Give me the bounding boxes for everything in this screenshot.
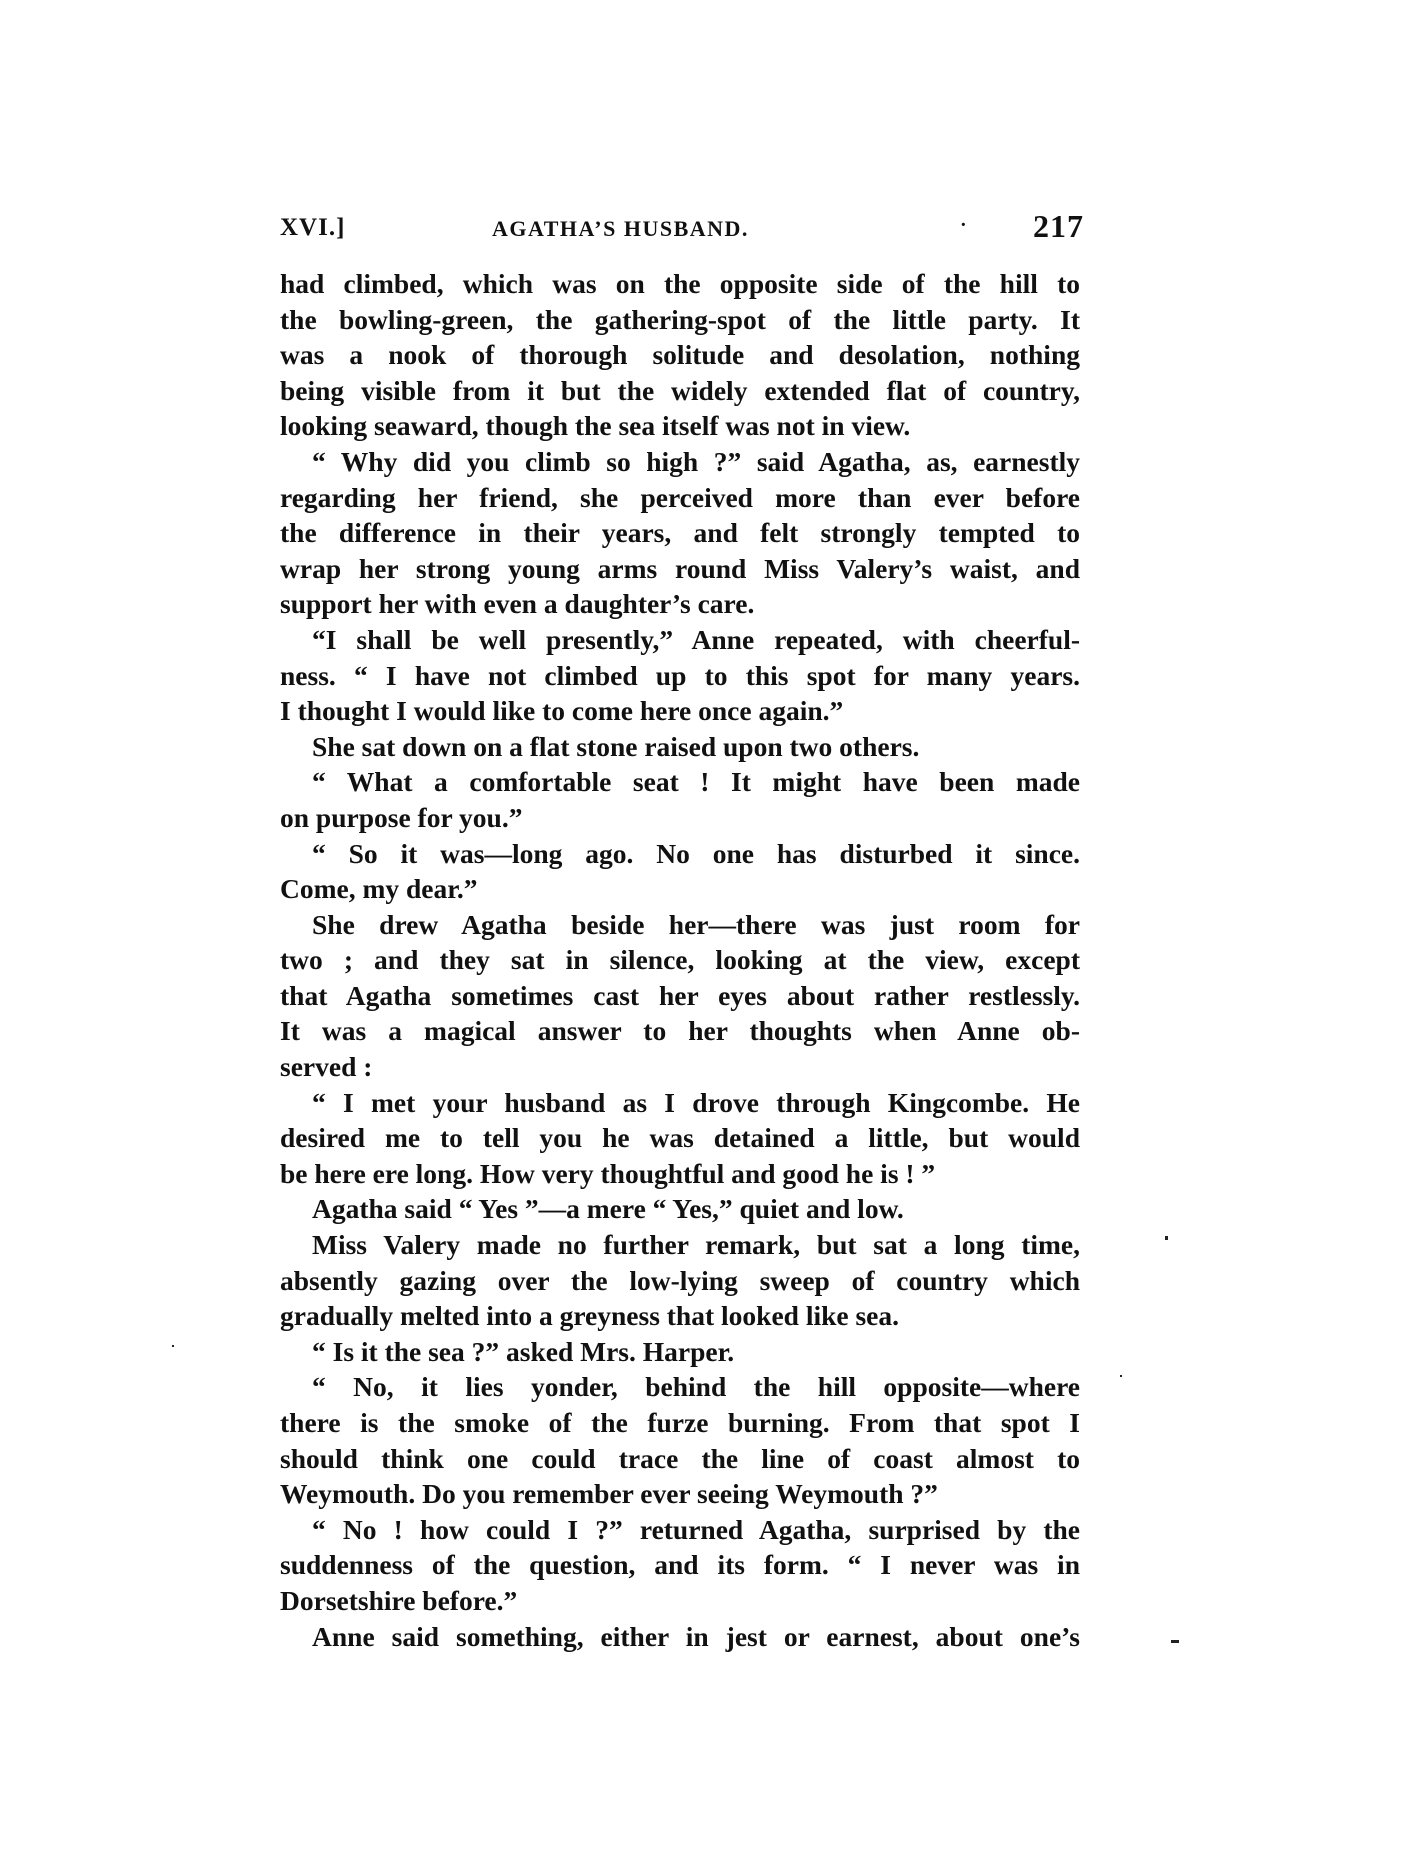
text-line: had climbed, which was on the opposite s… [280, 266, 1080, 302]
text-line: Agatha said “ Yes ”—a mere “ Yes,” quiet… [280, 1191, 1080, 1227]
text-line: there is the smoke of the furze burning.… [280, 1405, 1080, 1441]
running-title: AGATHA’S HUSBAND. [492, 216, 749, 242]
book-page: XVI.] AGATHA’S HUSBAND. · 217 had climbe… [280, 208, 1080, 1654]
text-line: It was a magical answer to her thoughts … [280, 1013, 1080, 1049]
text-line: “ No, it lies yonder, behind the hill op… [280, 1369, 1080, 1405]
text-line: support her with even a daughter’s care. [280, 586, 1080, 622]
body-text: had climbed, which was on the opposite s… [280, 266, 1080, 1654]
text-line: looking seaward, though the sea itself w… [280, 408, 1080, 444]
text-line: wrap her strong young arms round Miss Va… [280, 551, 1080, 587]
text-line: Miss Valery made no further remark, but … [280, 1227, 1080, 1263]
page-number: 217 [1033, 208, 1084, 245]
text-line: She sat down on a flat stone raised upon… [280, 729, 1080, 765]
text-line: desired me to tell you he was detained a… [280, 1120, 1080, 1156]
running-head: XVI.] AGATHA’S HUSBAND. · 217 [280, 208, 1080, 252]
text-line: suddenness of the question, and its form… [280, 1547, 1080, 1583]
text-line: two ; and they sat in silence, looking a… [280, 942, 1080, 978]
scan-speck [172, 1345, 174, 1347]
text-line: that Agatha sometimes cast her eyes abou… [280, 978, 1080, 1014]
text-line: Come, my dear.” [280, 871, 1080, 907]
text-line: “ I met your husband as I drove through … [280, 1085, 1080, 1121]
text-line: Weymouth. Do you remember ever seeing We… [280, 1476, 1080, 1512]
text-line: “ No ! how could I ?” returned Agatha, s… [280, 1512, 1080, 1548]
text-line: “ So it was—long ago. No one has disturb… [280, 836, 1080, 872]
text-line: Dorsetshire before.” [280, 1583, 1080, 1619]
text-line: on purpose for you.” [280, 800, 1080, 836]
text-line: I thought I would like to come here once… [280, 693, 1080, 729]
text-line: “ Is it the sea ?” asked Mrs. Harper. [280, 1334, 1080, 1370]
text-line: absently gazing over the low-lying sweep… [280, 1263, 1080, 1299]
text-line: served : [280, 1049, 1080, 1085]
text-line: ness. “ I have not climbed up to this sp… [280, 658, 1080, 694]
chapter-number: XVI.] [280, 214, 345, 242]
text-line: was a nook of thorough solitude and deso… [280, 337, 1080, 373]
text-line: should think one could trace the line of… [280, 1441, 1080, 1477]
text-line: the bowling-green, the gathering-spot of… [280, 302, 1080, 338]
scan-speck [1171, 1640, 1179, 1643]
text-line: the difference in their years, and felt … [280, 515, 1080, 551]
text-line: Anne said something, either in jest or e… [280, 1619, 1080, 1655]
scan-speck [1120, 1375, 1122, 1377]
text-line: She drew Agatha beside her—there was jus… [280, 907, 1080, 943]
text-line: “ Why did you climb so high ?” said Agat… [280, 444, 1080, 480]
text-line: “I shall be well presently,” Anne repeat… [280, 622, 1080, 658]
text-line: “ What a comfortable seat ! It might hav… [280, 764, 1080, 800]
text-line: being visible from it but the widely ext… [280, 373, 1080, 409]
scan-speck [1165, 1236, 1168, 1240]
text-line: be here ere long. How very thoughtful an… [280, 1156, 1080, 1192]
separator-mark: · [960, 214, 967, 237]
text-line: regarding her friend, she perceived more… [280, 480, 1080, 516]
text-line: gradually melted into a greyness that lo… [280, 1298, 1080, 1334]
